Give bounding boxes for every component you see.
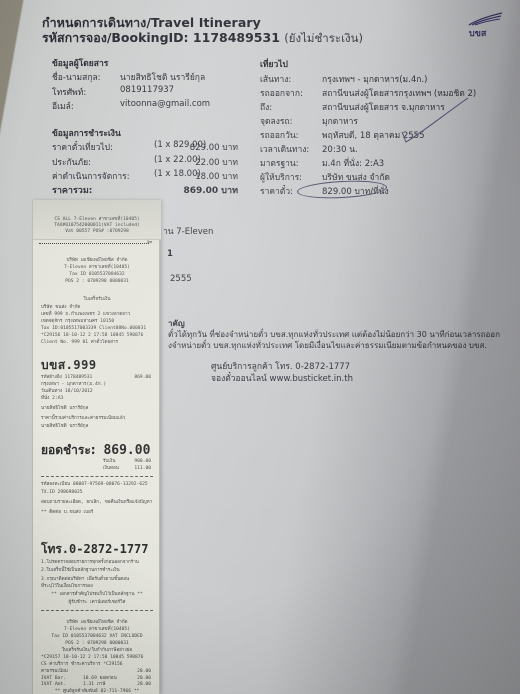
fee-amount: 20.00 <box>137 669 151 675</box>
route-value: กรุงเทพฯ - มุกดาหาร(ม.4ก.) <box>322 72 427 86</box>
scissors-icon: ✂ <box>147 238 152 248</box>
receipt-line: ราคานี้รวมค่าบริการและค่าธรรมเนียมแล้ว <box>41 416 125 422</box>
field-label: รถออกวัน: <box>260 128 299 142</box>
receipt-line: กรุงเทพฯ - มุกดาหาร(ม.4ก.) <box>41 382 106 388</box>
item-amount: 829.00 บาท <box>190 140 238 154</box>
fee-amount: 20.00 <box>137 682 151 688</box>
receipt-line: Tax ID 0105537084632 VAT INCLUDED <box>33 634 161 640</box>
receipt-total: ยอดชำระ: 869.00 <box>41 441 150 460</box>
notes-line: งจำหน่ายตั๋ว บขส.ทุกแห่งทั่วประเทศ โดยมี… <box>168 340 500 351</box>
seat-class: ม.4ก ที่นั่ง: 2:A3 <box>322 156 384 170</box>
receipt-term: 3.กรุณาติดต่อบริษัทฯ เพื่อรับตั๋วตามขั้น… <box>41 577 129 583</box>
partial-text: 2555 <box>170 274 192 284</box>
fee-mid: 1.31 ภาษี <box>83 682 105 688</box>
wings-icon <box>467 12 503 26</box>
logo-text: บขส <box>469 26 486 40</box>
callcenter-phone: ศูนย์บริการลูกค้า โทร. 0-2872-1777 <box>211 361 353 373</box>
notes-line: ตั๋วได้ทุกวัน ที่ช่องจำหน่ายตั๋ว บขส.ทุก… <box>168 329 500 340</box>
receipt-line: นายสิทธิโชติ นรารีย์กุล <box>41 406 88 412</box>
client-code: บขส.999 <box>41 356 97 375</box>
partial-text: 1 <box>167 249 173 259</box>
field-label: จุดลงรถ: <box>260 114 292 128</box>
receipt-ref: รหัสอ้างอิง 1178489531 <box>41 375 92 381</box>
field-label: ชื่อ-นามสกุล: <box>52 70 101 84</box>
receipt-line: Tax ID:0105517003339 Client08No.000031 <box>41 326 146 332</box>
website-link: จองตั๋วออนไลน์ www.busticket.in.th <box>211 373 353 385</box>
receipt-line: เขตจตุจักร กรุงเทพมหานคร 10150 <box>41 319 114 325</box>
receipt-line: Tax ID 0105537084632 <box>33 272 161 278</box>
field-label: รถออกจาก: <box>260 86 303 100</box>
receipt-term: 1.โปรดตรวจสอบรายการทุกครั้งก่อนออกจากร้า… <box>41 560 139 566</box>
receipt-line: *C29156 18-10-12 2 17:58 10845 590876 <box>41 333 143 339</box>
field-label: ผู้ให้บริการ: <box>260 170 302 184</box>
divider <box>41 476 153 477</box>
change-amount: 111.00 <box>134 466 151 472</box>
receipt-line: POS 2 : 0709298 0000031 <box>33 279 161 285</box>
passenger-name: นายสิทธิโชติ นรารีย์กุล <box>120 70 205 84</box>
item-amount: 18.00 บาท <box>195 169 238 183</box>
receipt-line: นายสิทธิโชติ นรารีย์กุล <box>41 424 88 430</box>
receipt-line: ** ศูนย์ลูกค้าสัมพันธ์ 02-711-7966 ** <box>33 689 161 694</box>
item-qty: (1 x 22.00) <box>154 155 201 165</box>
receipt-total-label: ยอดชำระ: <box>41 443 96 457</box>
booking-id-line: รหัสการจอง/BookingID: 1178489531 (ยังไม่… <box>42 28 363 48</box>
receipt-term: 2.ใบเสร็จนี้ใช้เป็นหลักฐานการชำระเงิน <box>41 568 120 574</box>
contact-section: ศูนย์บริการลูกค้า โทร. 0-2872-1777 จองตั… <box>211 361 353 385</box>
cash-amount: 980.00 <box>134 459 151 465</box>
receipt-line: เลขที่ 999 ถ.กำแพงเพชร 2 แขวงลาดยาว <box>41 312 130 318</box>
receipt-line: วันเดินทาง 18/10/2012 <box>41 389 93 395</box>
receipt-line: บริษัท ขนส่ง จำกัด <box>41 305 80 311</box>
trip-section-title: เที่ยวไป <box>260 57 288 71</box>
item-amount: 22.00 บาท <box>195 155 238 169</box>
receipt-line: ใบเสร็จรับเงิน <box>33 297 161 303</box>
total-amount: 869.00 บาท <box>183 183 238 197</box>
departure-time: 20:30 น. <box>322 142 358 156</box>
notes-section: าคัญ ตั๋วได้ทุกวัน ที่ช่องจำหน่ายตั๋ว บข… <box>168 318 500 351</box>
receipt-ref-amount: 869.00 <box>134 375 151 381</box>
receipt-line: บริษัท เอเชียเพย์ไทยซิส จำกัด <box>33 620 161 626</box>
receipt-line: *C29157 18-10-12 2 17:58 10845 590876 <box>41 655 143 661</box>
field-label: อีเมล์: <box>52 99 74 113</box>
field-label: ถึง: <box>260 100 272 114</box>
receipt-line: Vat 00557 POS# :0709298 <box>33 229 161 235</box>
receipt-line: บริษัท เอเชียเพย์ไทยซิส จำกัด <box>33 258 161 264</box>
notes-title: าคัญ <box>168 318 500 329</box>
passenger-section-title: ข้อมูลผู้โดยสาร <box>52 56 108 70</box>
receipt-line: POS 2 : 0709298 0000031 <box>33 641 161 647</box>
receipt-line: 7-Eleven สาขาเลขที่(10405) <box>33 265 161 271</box>
receipt-line: CS ค่าบริการ ชำระค่าบริการ *C29156 <box>41 662 123 668</box>
field-label: โทรศัพท์: <box>52 85 86 99</box>
receipt-line: ใบเสร็จรับเงิน/ใบกำกับภาษีอย่างย่อ <box>33 648 161 654</box>
booking-label: รหัสการจอง/BookingID: <box>42 30 189 45</box>
payment-section-title: ข้อมูลการชำระเงิน <box>52 126 121 140</box>
receipt-term: ที่ระบุไว้ในเงื่อนไขการจอง <box>41 584 93 590</box>
receipt-phone: โทร.0-2872-1777 <box>41 540 149 559</box>
receipt-line: 7-Eleven สาขาเลขที่(10405) <box>33 627 161 633</box>
receipt-line: TX.ID 298698025 <box>41 490 83 496</box>
receipt-term: ผู้รับชำระ เคาน์เตอร์เซอร์วิส <box>33 600 161 606</box>
dropoff-point: มุกดาหาร <box>322 114 358 128</box>
field-label: ราคาตั๋ว: <box>260 184 293 198</box>
cut-line <box>39 243 149 244</box>
cash-label: รับเงิน <box>103 459 115 465</box>
receipt-line: สอบถามรายละเอียด, ยกเลิก, ขอคืนเงินหรือแ… <box>41 500 152 506</box>
fee-label: ค่าธรรมเนียม <box>41 669 68 675</box>
receipt-line: ** ติดต่อ บ.ขนส่ง เบอร์ <box>41 510 93 516</box>
receipt-term: ** เอกสารสำคัญโปรดเก็บไว้เป็นหลักฐาน ** <box>33 592 161 598</box>
change-label: เงินทอน <box>103 466 119 472</box>
partial-text: าน 7-Eleven <box>163 224 213 238</box>
receipt-line: รหัสลงทะเบียน 08087-97569-08076-13292-62… <box>41 482 148 488</box>
payment-status: (ยังไม่ชำระเงิน) <box>284 31 363 45</box>
receipt-total-amount: 869.00 <box>103 443 150 458</box>
fee-label: IVAT Amt. <box>41 682 66 688</box>
divider <box>41 610 153 611</box>
booking-id: 1178489531 <box>193 30 280 45</box>
passenger-email: vitoonna@gmail.com <box>120 99 210 109</box>
item-label: ค่าดำเนินการจัดการ: <box>52 169 130 183</box>
total-label: ราคารวม: <box>52 183 92 197</box>
item-qty: (1 x 18.00) <box>154 169 201 179</box>
field-label: เส้นทาง: <box>260 72 291 86</box>
handwritten-checkmark-icon <box>400 90 470 150</box>
bks-logo: บขส <box>465 12 505 38</box>
receipt-line: Client No. 999 01 ค่าตั๋วโดยสาร <box>41 340 118 346</box>
item-label: ประกันภัย: <box>52 155 91 169</box>
field-label: เวลาเดินทาง: <box>260 142 309 156</box>
item-label: ราคาตั๋วเที่ยวไป: <box>52 140 113 154</box>
field-label: มาตรฐาน: <box>260 156 299 170</box>
passenger-phone: 0819117937 <box>120 85 174 95</box>
receipt-line: ที่นั่ง 2:A3 <box>41 396 63 402</box>
seven-eleven-receipt: CS ALL 7-Eleven สาขาเลขที่(10405) TAX#01… <box>32 200 160 694</box>
